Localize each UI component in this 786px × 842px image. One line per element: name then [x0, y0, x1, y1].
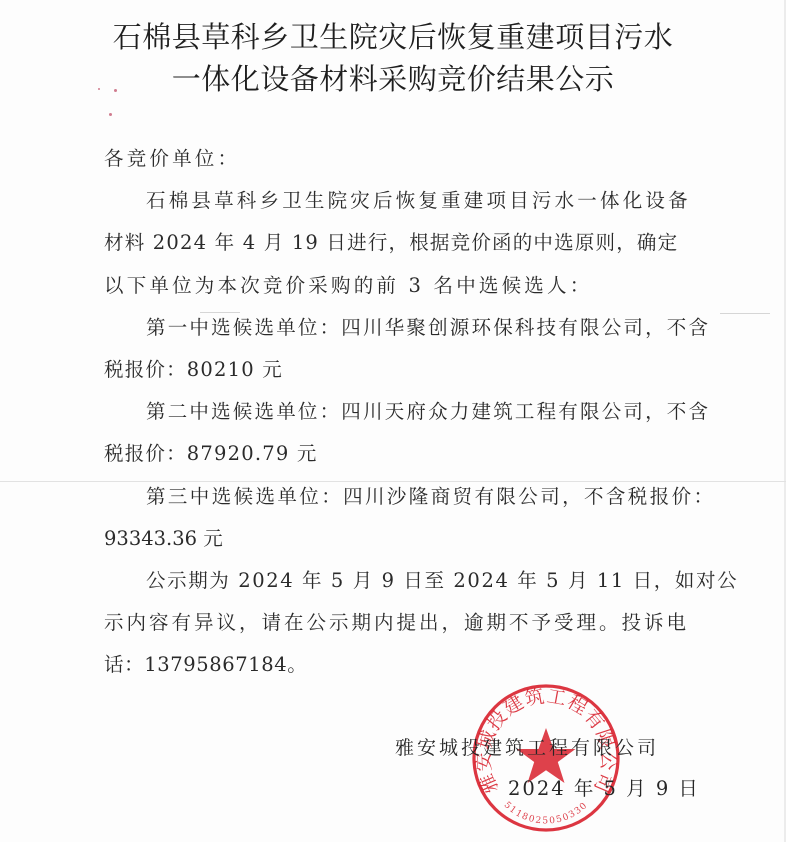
candidate-1-price-line: 税报价：80210 元	[104, 357, 283, 383]
document-title-line-2: 一体化设备材料采购竞价结果公示	[0, 61, 786, 97]
intro-line-2: 材料 2024 年 4 月 19 日进行，根据竞价函的中选原则，确定	[104, 230, 678, 256]
candidate-2-line-1: 第二中选候选单位：四川天府众力建筑工程有限公司，不含	[146, 399, 710, 425]
candidate-2-price-line: 税报价：87920.79 元	[104, 441, 318, 467]
intro-line-3: 以下单位为本次竞价采购的前 3 名中选候选人：	[104, 273, 592, 299]
document-title-line-1: 石棉县草科乡卫生院灾后恢复重建项目污水	[0, 19, 786, 55]
scan-artifact	[0, 481, 786, 482]
scan-speck	[109, 113, 112, 116]
issue-date: 2024 年 5 月 9 日	[508, 776, 700, 802]
notice-line-1: 公示期为 2024 年 5 月 9 日至 2024 年 5 月 11 日，如对公	[146, 568, 738, 594]
candidate-1-line-1: 第一中选候选单位：四川华聚创源环保科技有限公司，不含	[146, 315, 710, 341]
scan-artifact	[200, 312, 240, 313]
notice-line-2: 示内容有异议，请在公示期内提出，逾期不予受理。投诉电	[104, 610, 689, 636]
candidate-3-price-line: 93343.36 元	[104, 526, 223, 552]
notice-line-3-phone: 话：13795867184。	[104, 652, 307, 678]
intro-line-1: 石棉县草科乡卫生院灾后恢复重建项目污水一体化设备	[146, 188, 691, 214]
candidate-3-line-1: 第三中选候选单位：四川沙隆商贸有限公司，不含税报价：	[146, 484, 715, 510]
seal-serial-number: 5118025050330	[502, 800, 591, 826]
svg-text:5118025050330: 5118025050330	[502, 800, 591, 826]
issuing-organization: 雅安城投建筑工程有限公司	[395, 735, 659, 761]
scan-artifact	[720, 313, 770, 314]
scanned-document-page: 石棉县草科乡卫生院灾后恢复重建项目污水 一体化设备材料采购竞价结果公示 各竞价单…	[0, 0, 786, 842]
salutation: 各竞价单位：	[104, 146, 240, 172]
